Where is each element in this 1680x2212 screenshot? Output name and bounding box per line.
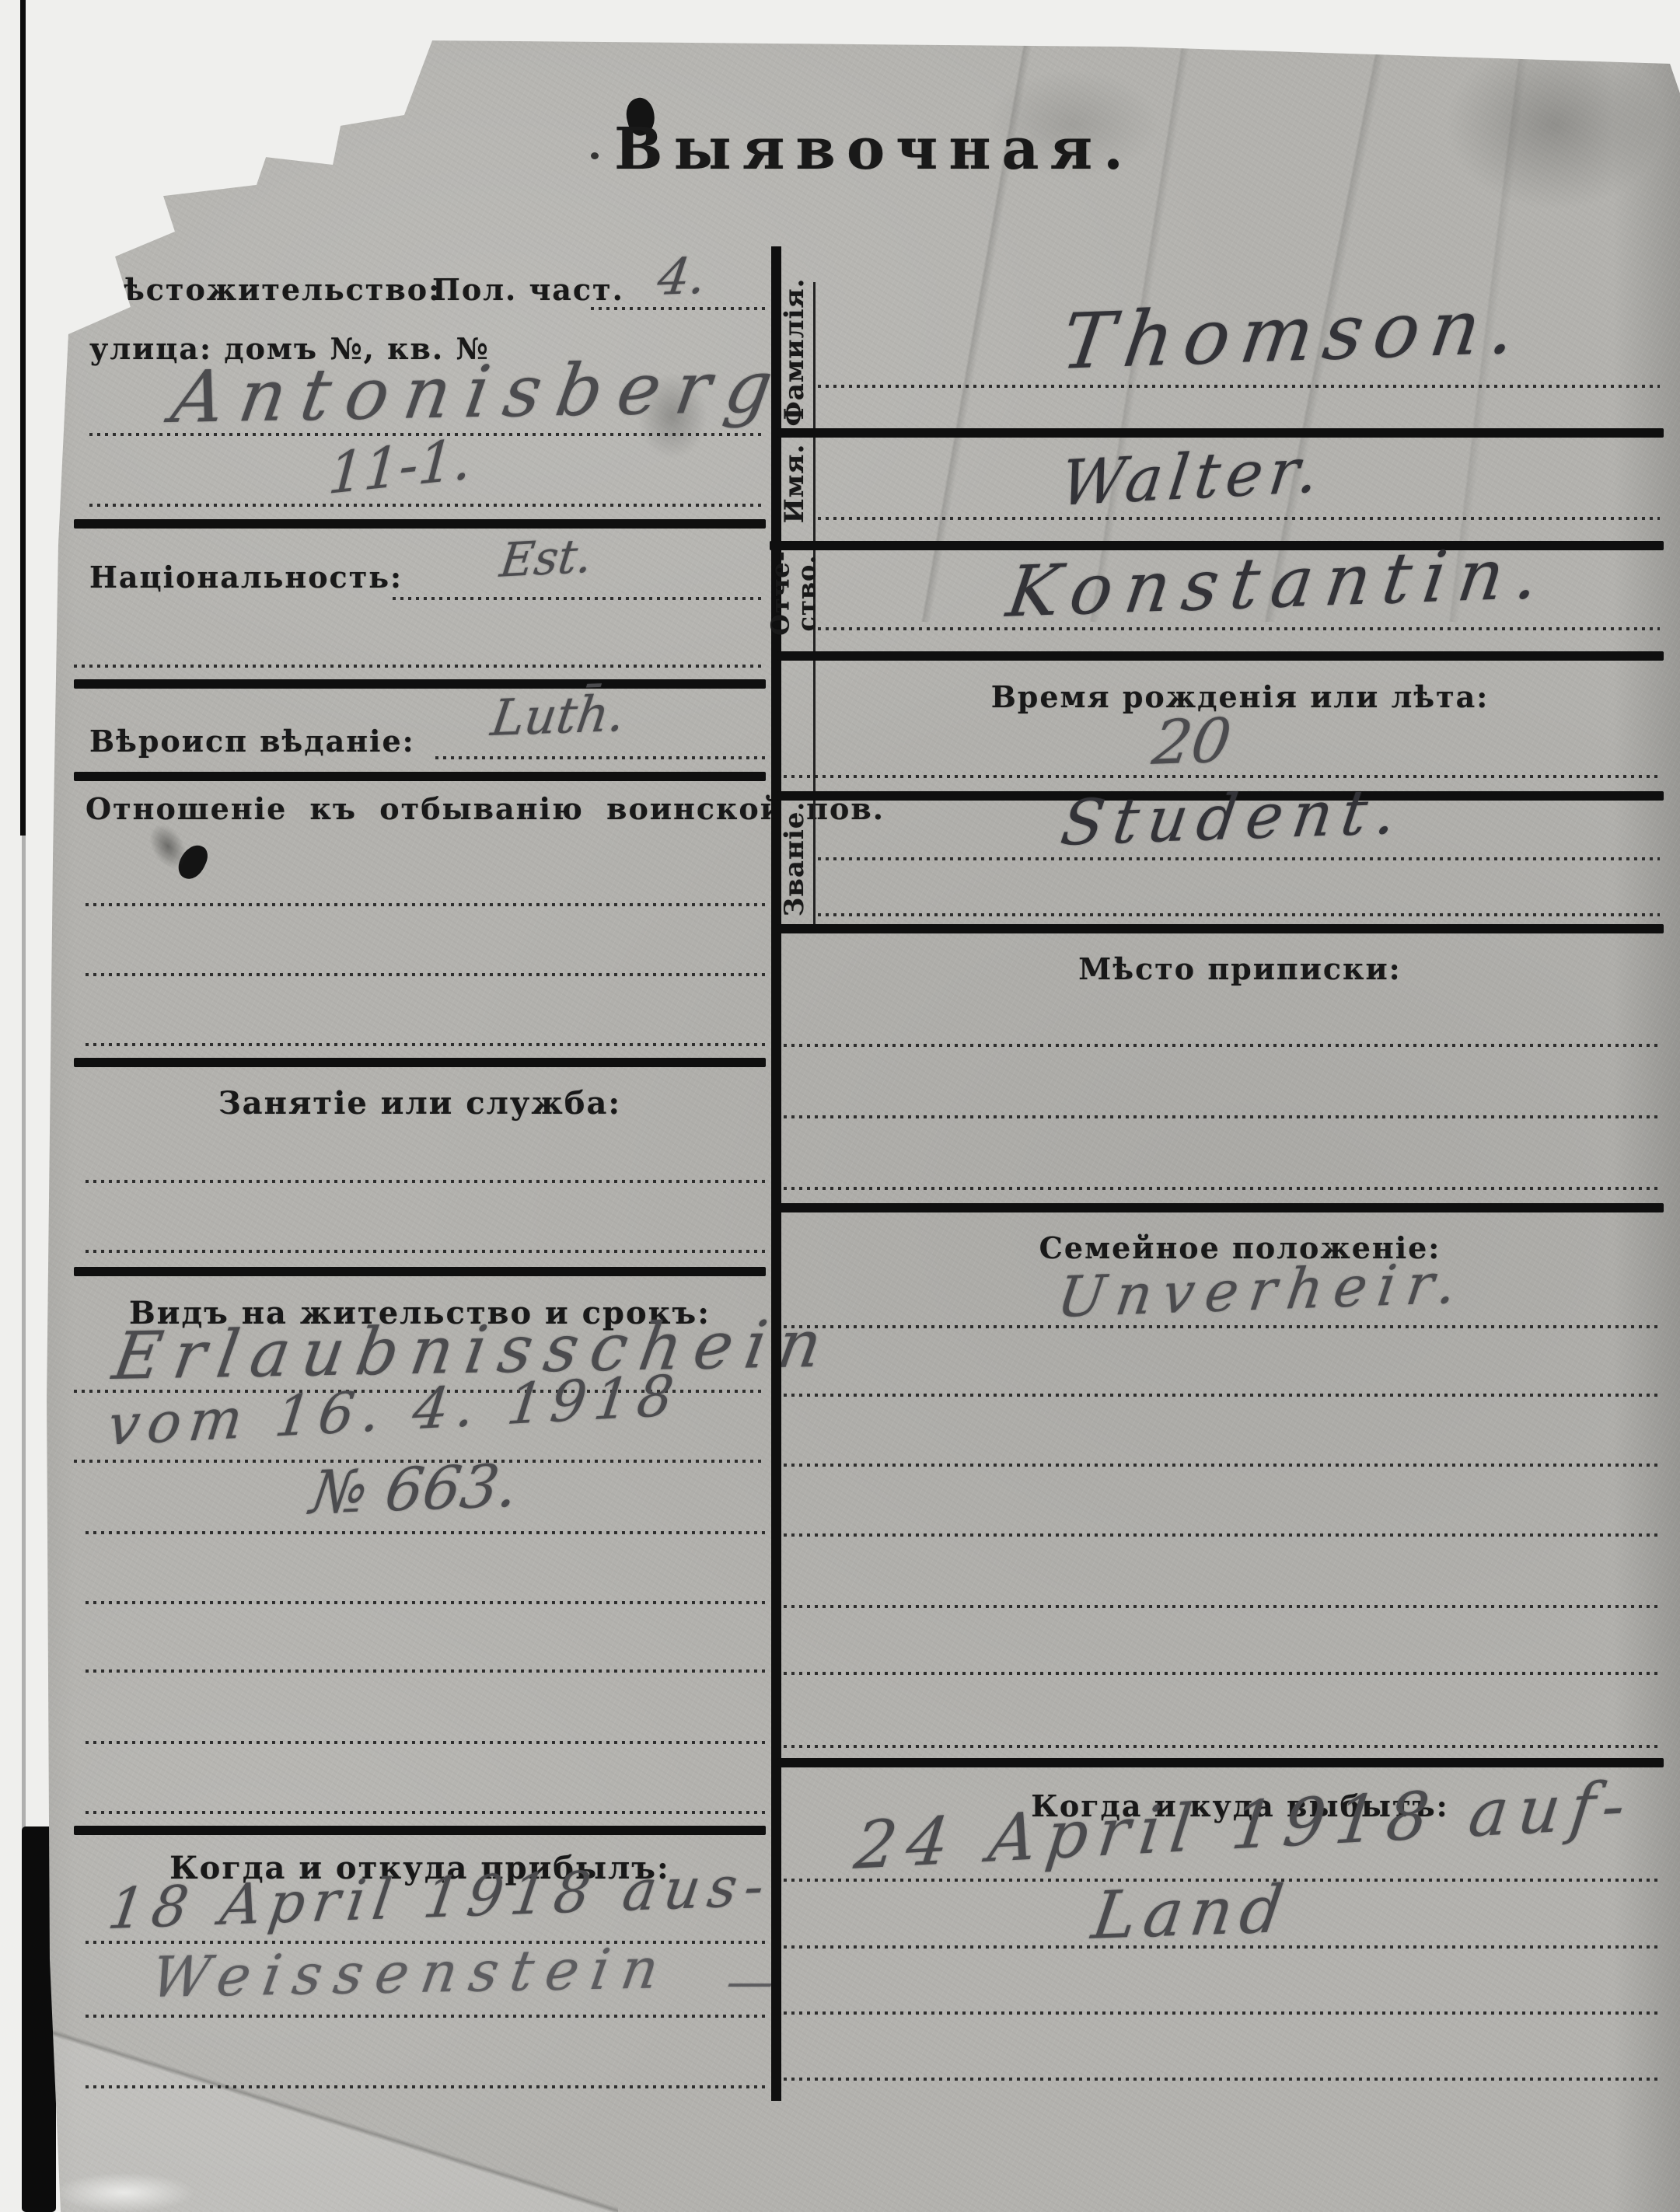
first-name-label: Имя. — [781, 444, 809, 524]
dotted-line — [86, 1741, 766, 1744]
dotted-line — [818, 385, 1660, 388]
form-title: Выявочная. — [614, 118, 1134, 181]
dotted-line — [784, 775, 1660, 778]
birth-label: Время рожденія или лѣта: — [816, 681, 1664, 713]
dotted-line — [784, 1945, 1660, 1949]
patronymic-label: Отче- ство. — [767, 550, 819, 636]
scanner-edge-line — [20, 0, 26, 836]
dotted-line — [784, 1394, 1660, 1397]
first-name-value-handwritten: Walter. — [1057, 439, 1328, 515]
dotted-line — [784, 1044, 1660, 1047]
dotted-line — [784, 1325, 1660, 1328]
departure-line2-handwritten: Land — [1088, 1876, 1294, 1949]
family-status-value-handwritten: Unverheir. — [1054, 1254, 1471, 1325]
dotted-line — [89, 504, 766, 507]
dotted-line — [86, 1601, 766, 1604]
smudge-top-right — [1446, 39, 1664, 210]
patronymic-label-line2: ство. — [794, 550, 820, 636]
heavy-rule — [777, 1758, 1664, 1767]
heavy-rule — [74, 1267, 766, 1276]
residence-sublabel: Пол. част. — [432, 274, 624, 306]
permit-line3-handwritten: № 663. — [307, 1456, 522, 1523]
nationality-value-handwritten: Est. — [498, 532, 595, 584]
dotted-line — [86, 1250, 766, 1253]
heavy-rule — [777, 428, 1664, 438]
dotted-line — [784, 1745, 1660, 1748]
birth-value-handwritten: 20 — [1149, 710, 1235, 774]
residence-label: Мѣстожительство: — [89, 274, 441, 306]
heavy-rule — [74, 679, 766, 689]
dotted-line — [86, 1043, 766, 1046]
dotted-line — [784, 1187, 1660, 1190]
dotted-line — [784, 1464, 1660, 1467]
arrival-line2-handwritten: Weissenstein — [148, 1940, 675, 2005]
dotted-line — [818, 627, 1660, 630]
military-service-label: Отношеніе къ отбыванію воинской пов. — [86, 793, 885, 825]
dotted-line — [818, 517, 1660, 520]
dotted-line — [784, 1533, 1660, 1537]
dotted-line — [86, 1180, 766, 1183]
patronymic-label-line1: Отче- — [767, 550, 794, 636]
dotted-line — [86, 1669, 766, 1673]
dotted-line — [784, 2078, 1660, 2081]
scanner-edge-line-faint — [22, 836, 26, 1830]
dotted-line — [784, 1115, 1660, 1118]
dotted-line — [74, 665, 766, 668]
surname-value-handwritten: Thomson. — [1057, 288, 1531, 381]
heavy-rule — [777, 1203, 1664, 1212]
surname-label: Фамилія. — [781, 278, 809, 427]
religion-value-handwritten: Luth̄. — [488, 689, 628, 744]
arrival-dash-handwritten: — — [723, 1959, 778, 2005]
dotted-line — [86, 1811, 766, 1814]
heavy-rule — [74, 1058, 766, 1067]
residence-value-handwritten: 4. — [655, 252, 709, 303]
dotted-line — [86, 2085, 766, 2088]
nationality-label: Національность: — [89, 561, 403, 594]
dotted-line — [435, 756, 766, 759]
heavy-rule — [777, 651, 1664, 661]
scan-gap-bottom-left — [54, 2173, 194, 2212]
heavy-rule — [74, 772, 766, 781]
scanned-registration-card: Выявочная. Мѣстожительство: Пол. част. 4… — [0, 0, 1680, 2212]
dotted-line — [393, 597, 766, 600]
occupation-label: Занятіе или служба: — [74, 1087, 766, 1121]
dotted-line — [591, 307, 766, 310]
street-value-handwritten: Antonisberg — [167, 351, 793, 434]
dotted-line — [86, 903, 766, 906]
dotted-line — [86, 1531, 766, 1534]
house-value-handwritten: 11-1. — [327, 431, 473, 502]
ink-blot-top-edge — [649, 2, 679, 33]
dotted-line — [818, 857, 1660, 860]
dotted-line — [784, 2011, 1660, 2015]
heavy-rule — [74, 519, 766, 529]
religion-label: Вѣроисп вѣданіе: — [89, 725, 415, 758]
dotted-line — [784, 1672, 1660, 1675]
rank-label: Званіе. — [781, 801, 809, 916]
ink-speck-title — [591, 152, 599, 159]
dotted-line — [86, 2015, 766, 2018]
dotted-line — [818, 913, 1660, 916]
dotted-line — [86, 973, 766, 976]
dotted-line — [784, 1605, 1660, 1608]
heavy-rule — [74, 1826, 766, 1835]
paper-sheet: Выявочная. Мѣстожительство: Пол. част. 4… — [0, 0, 1680, 2212]
patronymic-value-handwritten: Konstantin. — [1003, 539, 1556, 628]
heavy-rule — [777, 924, 1664, 933]
registration-label: Мѣсто приписки: — [816, 953, 1664, 986]
rank-value-handwritten: Student. — [1057, 780, 1409, 855]
column-divider — [771, 246, 781, 2101]
